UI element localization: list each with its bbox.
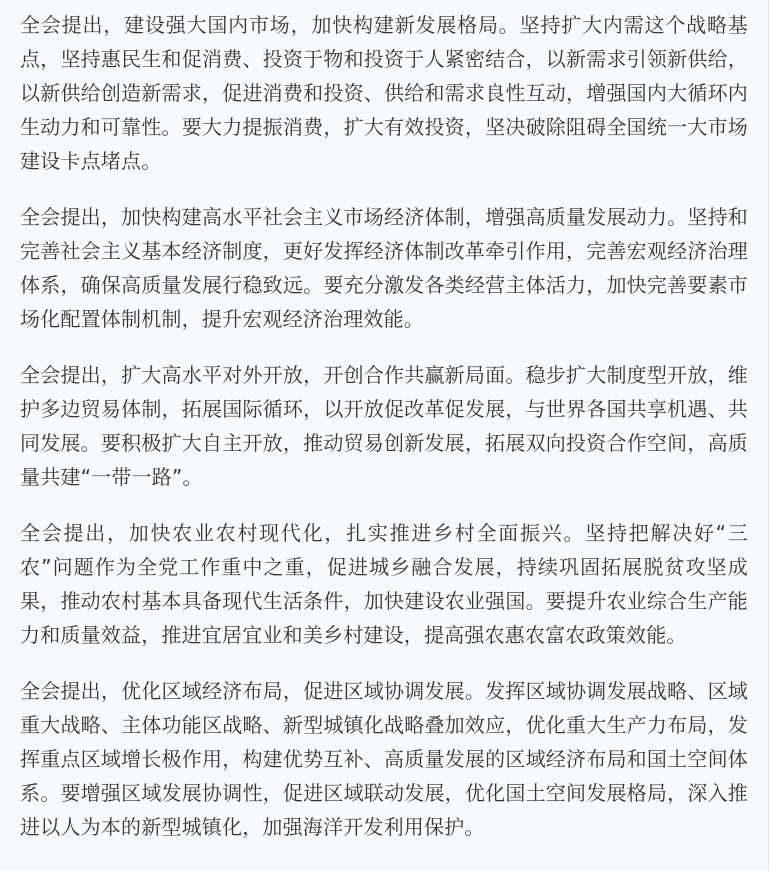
article-body: 全会提出，建设强大国内市场，加快构建新发展格局。坚持扩大内需这个战略基点，坚持惠… (0, 0, 768, 844)
paragraph-market-economy: 全会提出，加快构建高水平社会主义市场经济体制，增强高质量发展动力。坚持和完善社会… (20, 200, 748, 336)
paragraph-agriculture: 全会提出，加快农业农村现代化，扎实推进乡村全面振兴。坚持把解决好“三农”问题作为… (20, 516, 748, 652)
paragraph-regional-development: 全会提出，优化区域经济布局，促进区域协调发展。发挥区域协调发展战略、区域重大战略… (20, 674, 748, 844)
paragraph-opening-up: 全会提出，扩大高水平对外开放，开创合作共赢新局面。稳步扩大制度型开放，维护多边贸… (20, 358, 748, 494)
paragraph-domestic-market: 全会提出，建设强大国内市场，加快构建新发展格局。坚持扩大内需这个战略基点，坚持惠… (20, 8, 748, 178)
